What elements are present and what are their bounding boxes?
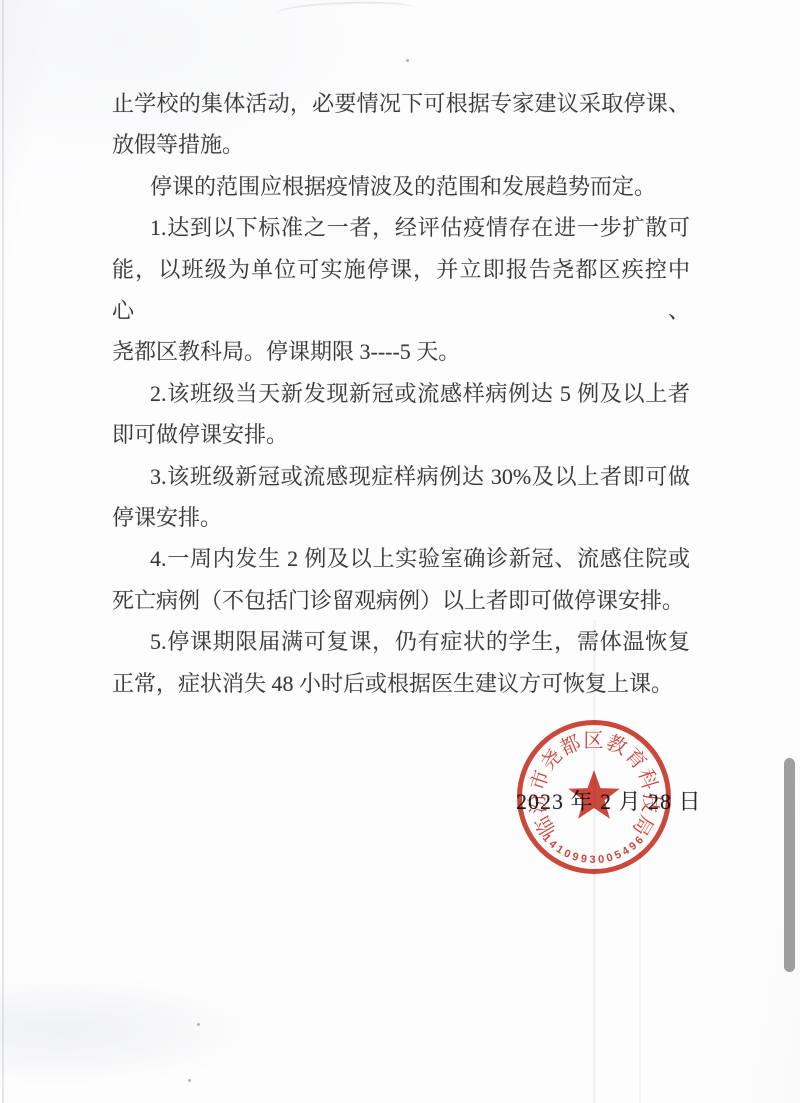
document-line: 放假等措施。	[112, 124, 690, 165]
document-line: 停课的范围应根据疫情波及的范围和发展趋势而定。	[112, 166, 690, 207]
scan-fold-artifact	[276, 0, 417, 22]
document-line: 死亡病例（不包括门诊留观病例）以上者即可做停课安排。	[112, 580, 690, 621]
document-line: 停课安排。	[112, 497, 690, 538]
scan-edge-artifact	[2, 0, 4, 1103]
scan-speck	[197, 1023, 200, 1026]
document-line: 正常，症状消失 48 小时后或根据医生建议方可恢复上课。	[112, 663, 690, 704]
scan-speck	[188, 1079, 191, 1082]
document-page: 止学校的集体活动，必要情况下可根据专家建议采取停课、 放假等措施。 停课的范围应…	[0, 0, 800, 1103]
document-line: 即可做停课安排。	[112, 414, 690, 455]
date-stamp: 2023 年 2 月 28 日	[516, 790, 702, 813]
document-line: 能，以班级为单位可实施停课，并立即报告尧都区疾控中心、	[112, 249, 690, 332]
document-line: 4.一周内发生 2 例及以上实验室确诊新冠、流感住院或	[112, 538, 690, 579]
scan-speck	[406, 59, 409, 62]
scrollbar-thumb[interactable]	[784, 758, 795, 972]
document-line: 3.该班级新冠或流感现症样病例达 30%及以上者即可做	[112, 456, 690, 497]
document-line: 1.达到以下标准之一者，经评估疫情存在进一步扩散可	[112, 207, 690, 248]
document-line: 2.该班级当天新发现新冠或流感样病例达 5 例及以上者	[112, 373, 690, 414]
document-line: 5.停课期限届满可复课，仍有症状的学生，需体温恢复	[112, 621, 690, 662]
document-body: 止学校的集体活动，必要情况下可根据专家建议采取停课、 放假等措施。 停课的范围应…	[112, 83, 690, 704]
document-line: 尧都区教科局。停课期限 3----5 天。	[112, 331, 690, 372]
document-line: 止学校的集体活动，必要情况下可根据专家建议采取停课、	[112, 83, 690, 124]
